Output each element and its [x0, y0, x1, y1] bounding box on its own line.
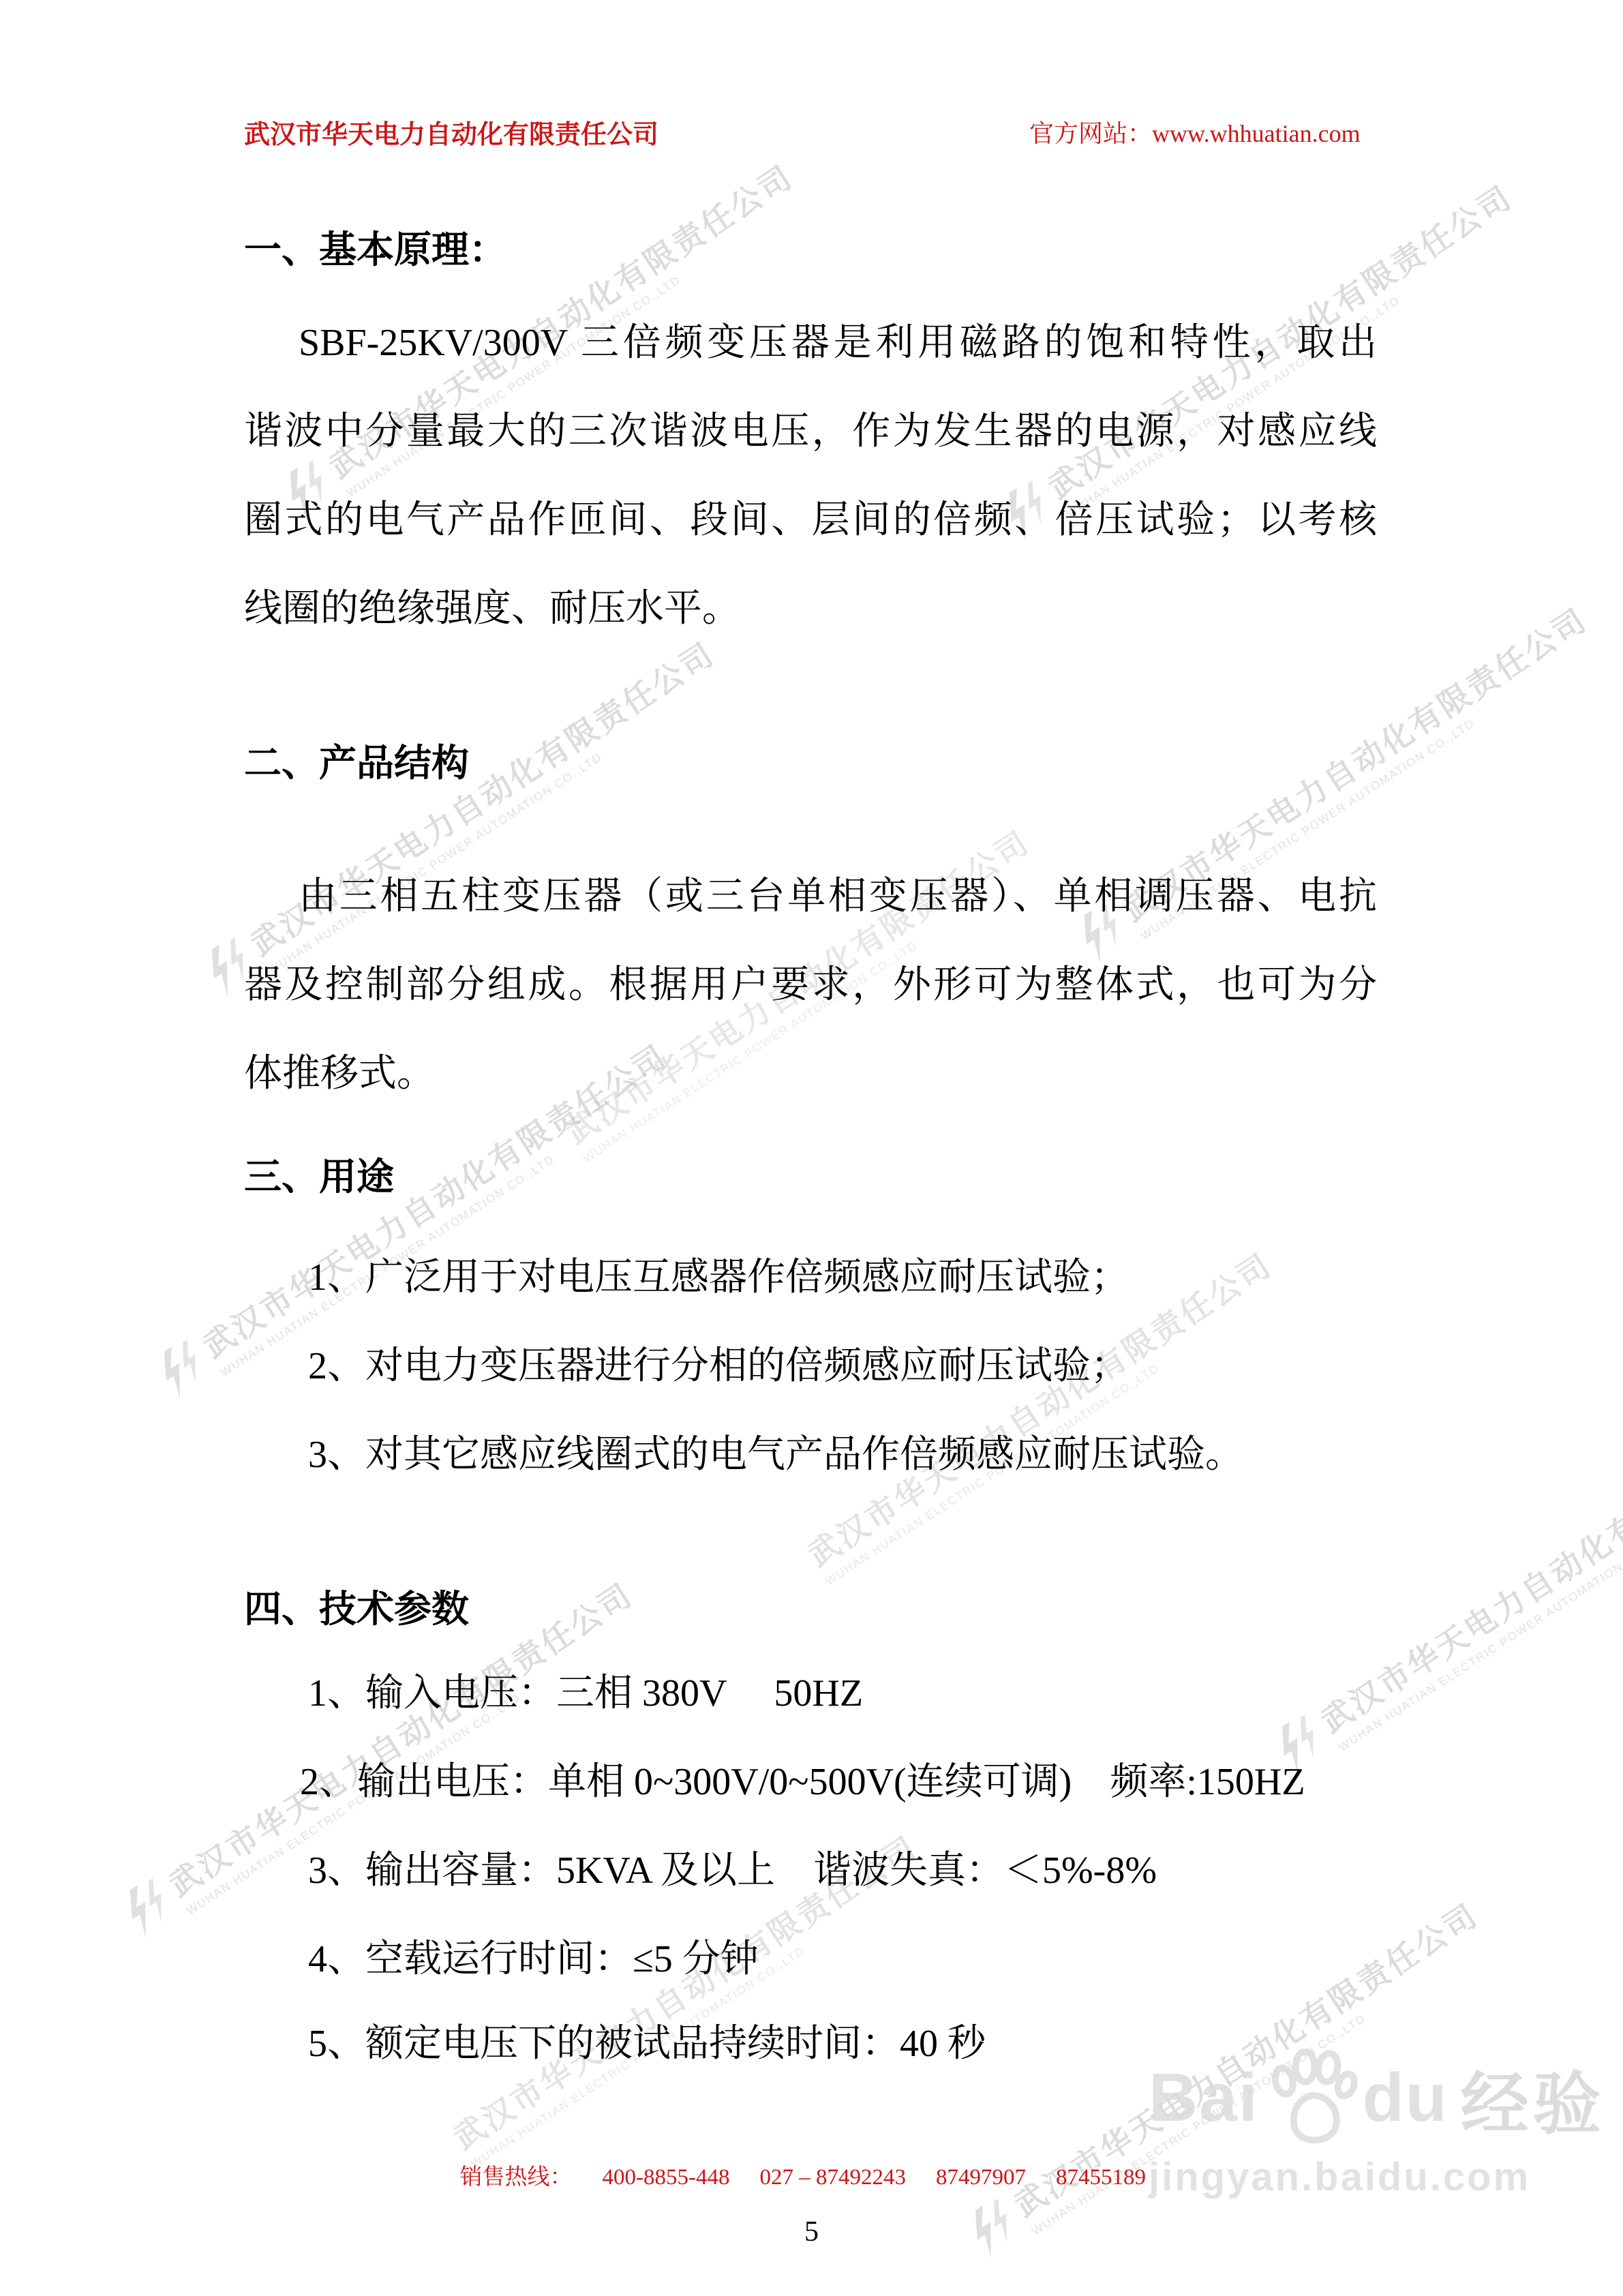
text-line: 线圈的绝缘强度、耐压水平。	[244, 564, 1377, 653]
tech-param-4: 4、空载运行时间：≤5 分钟	[308, 1937, 759, 1981]
header-website: 官方网站：www.whhuatian.com	[1029, 115, 1361, 149]
baidu-domain-text: jingyan.baidu.com	[1149, 2154, 1605, 2200]
website-url: www.whhuatian.com	[1152, 120, 1361, 147]
baidu-logo-text-bai: Bai	[1149, 2059, 1259, 2137]
document-page: 武汉市华天电力自动化有限责任公司WUHAN HUATIAN ELECTRIC P…	[0, 0, 1623, 2296]
section-heading-usage: 三、用途	[244, 1147, 394, 1200]
hotline-number: 400-8855-448	[603, 2165, 730, 2190]
hotline-label: 销售热线：	[460, 2165, 573, 2190]
tech-param-1: 1、输入电压：三相 380V 50HZ	[308, 1672, 863, 1715]
section-heading-product-structure: 二、产品结构	[244, 733, 469, 787]
tech-param-3: 3、输出容量：5KVA 及以上 谐波失真：＜5%-8%	[308, 1849, 1157, 1892]
text-line: 圈式的电气产品作匝间、段间、层间的倍频、倍压试验；以考核	[244, 476, 1377, 564]
text-line: 谐波中分量最大的三次谐波电压，作为发生器的电源，对感应线	[244, 387, 1377, 476]
section-heading-basic-principle: 一、基本原理：	[244, 220, 506, 273]
footer-hotline: 销售热线：400-8855-448027 – 87492243874979078…	[426, 2134, 1146, 2216]
baidu-jingyan-text: 经验	[1461, 2049, 1605, 2147]
text-line: 由三相五柱变压器（或三台单相变压器）、单相调压器、电抗	[244, 852, 1377, 941]
text-line: 体推移式。	[244, 1029, 1377, 1118]
tech-param-2: 2、输出电压：单相 0~300V/0~500V(连续可调) 频率:150HZ	[300, 1760, 1305, 1804]
usage-item-2: 2、对电力变压器进行分相的倍频感应耐压试验；	[308, 1344, 1129, 1388]
text-line: SBF-25KV/300V 三倍频变压器是利用磁路的饱和特性，取出	[244, 299, 1377, 387]
header-company-name: 武汉市华天电力自动化有限责任公司	[244, 113, 658, 151]
text-line: 器及控制部分组成。根据用户要求，外形可为整体式，也可为分	[244, 941, 1377, 1029]
page-number: 5	[0, 2216, 1623, 2248]
tech-param-5: 5、额定电压下的被试品持续时间：40 秒	[308, 2022, 986, 2066]
paragraph-basic-principle: SBF-25KV/300V 三倍频变压器是利用磁路的饱和特性，取出 谐波中分量最…	[244, 299, 1377, 653]
diagonal-watermark: 武汉市华天电力自动化有限责任公司WUHAN HUATIAN ELECTRIC P…	[1266, 1407, 1623, 1783]
usage-item-1: 1、广泛用于对电压互感器作倍频感应耐压试验；	[308, 1256, 1129, 1299]
baidu-logo-text-du: du	[1363, 2059, 1448, 2137]
hotline-number: 87455189	[1056, 2165, 1146, 2190]
huatian-lightning-logo-icon	[150, 1336, 217, 1406]
section-heading-technical-parameters: 四、技术参数	[244, 1579, 469, 1633]
hotline-number: 87497907	[936, 2165, 1026, 2190]
baidu-jingyan-watermark: Bai du 经验 jingyan.baidu.com	[1149, 2049, 1605, 2200]
hotline-number: 027 – 87492243	[759, 2165, 906, 2190]
paragraph-product-structure: 由三相五柱变压器（或三台单相变压器）、单相调压器、电抗 器及控制部分组成。根据用…	[244, 852, 1377, 1118]
baidu-paw-icon	[1263, 2049, 1359, 2147]
huatian-lightning-logo-icon	[116, 1875, 183, 1945]
usage-item-3: 3、对其它感应线圈式的电气产品作倍频感应耐压试验。	[308, 1433, 1243, 1477]
website-label: 官方网站：	[1029, 120, 1152, 147]
